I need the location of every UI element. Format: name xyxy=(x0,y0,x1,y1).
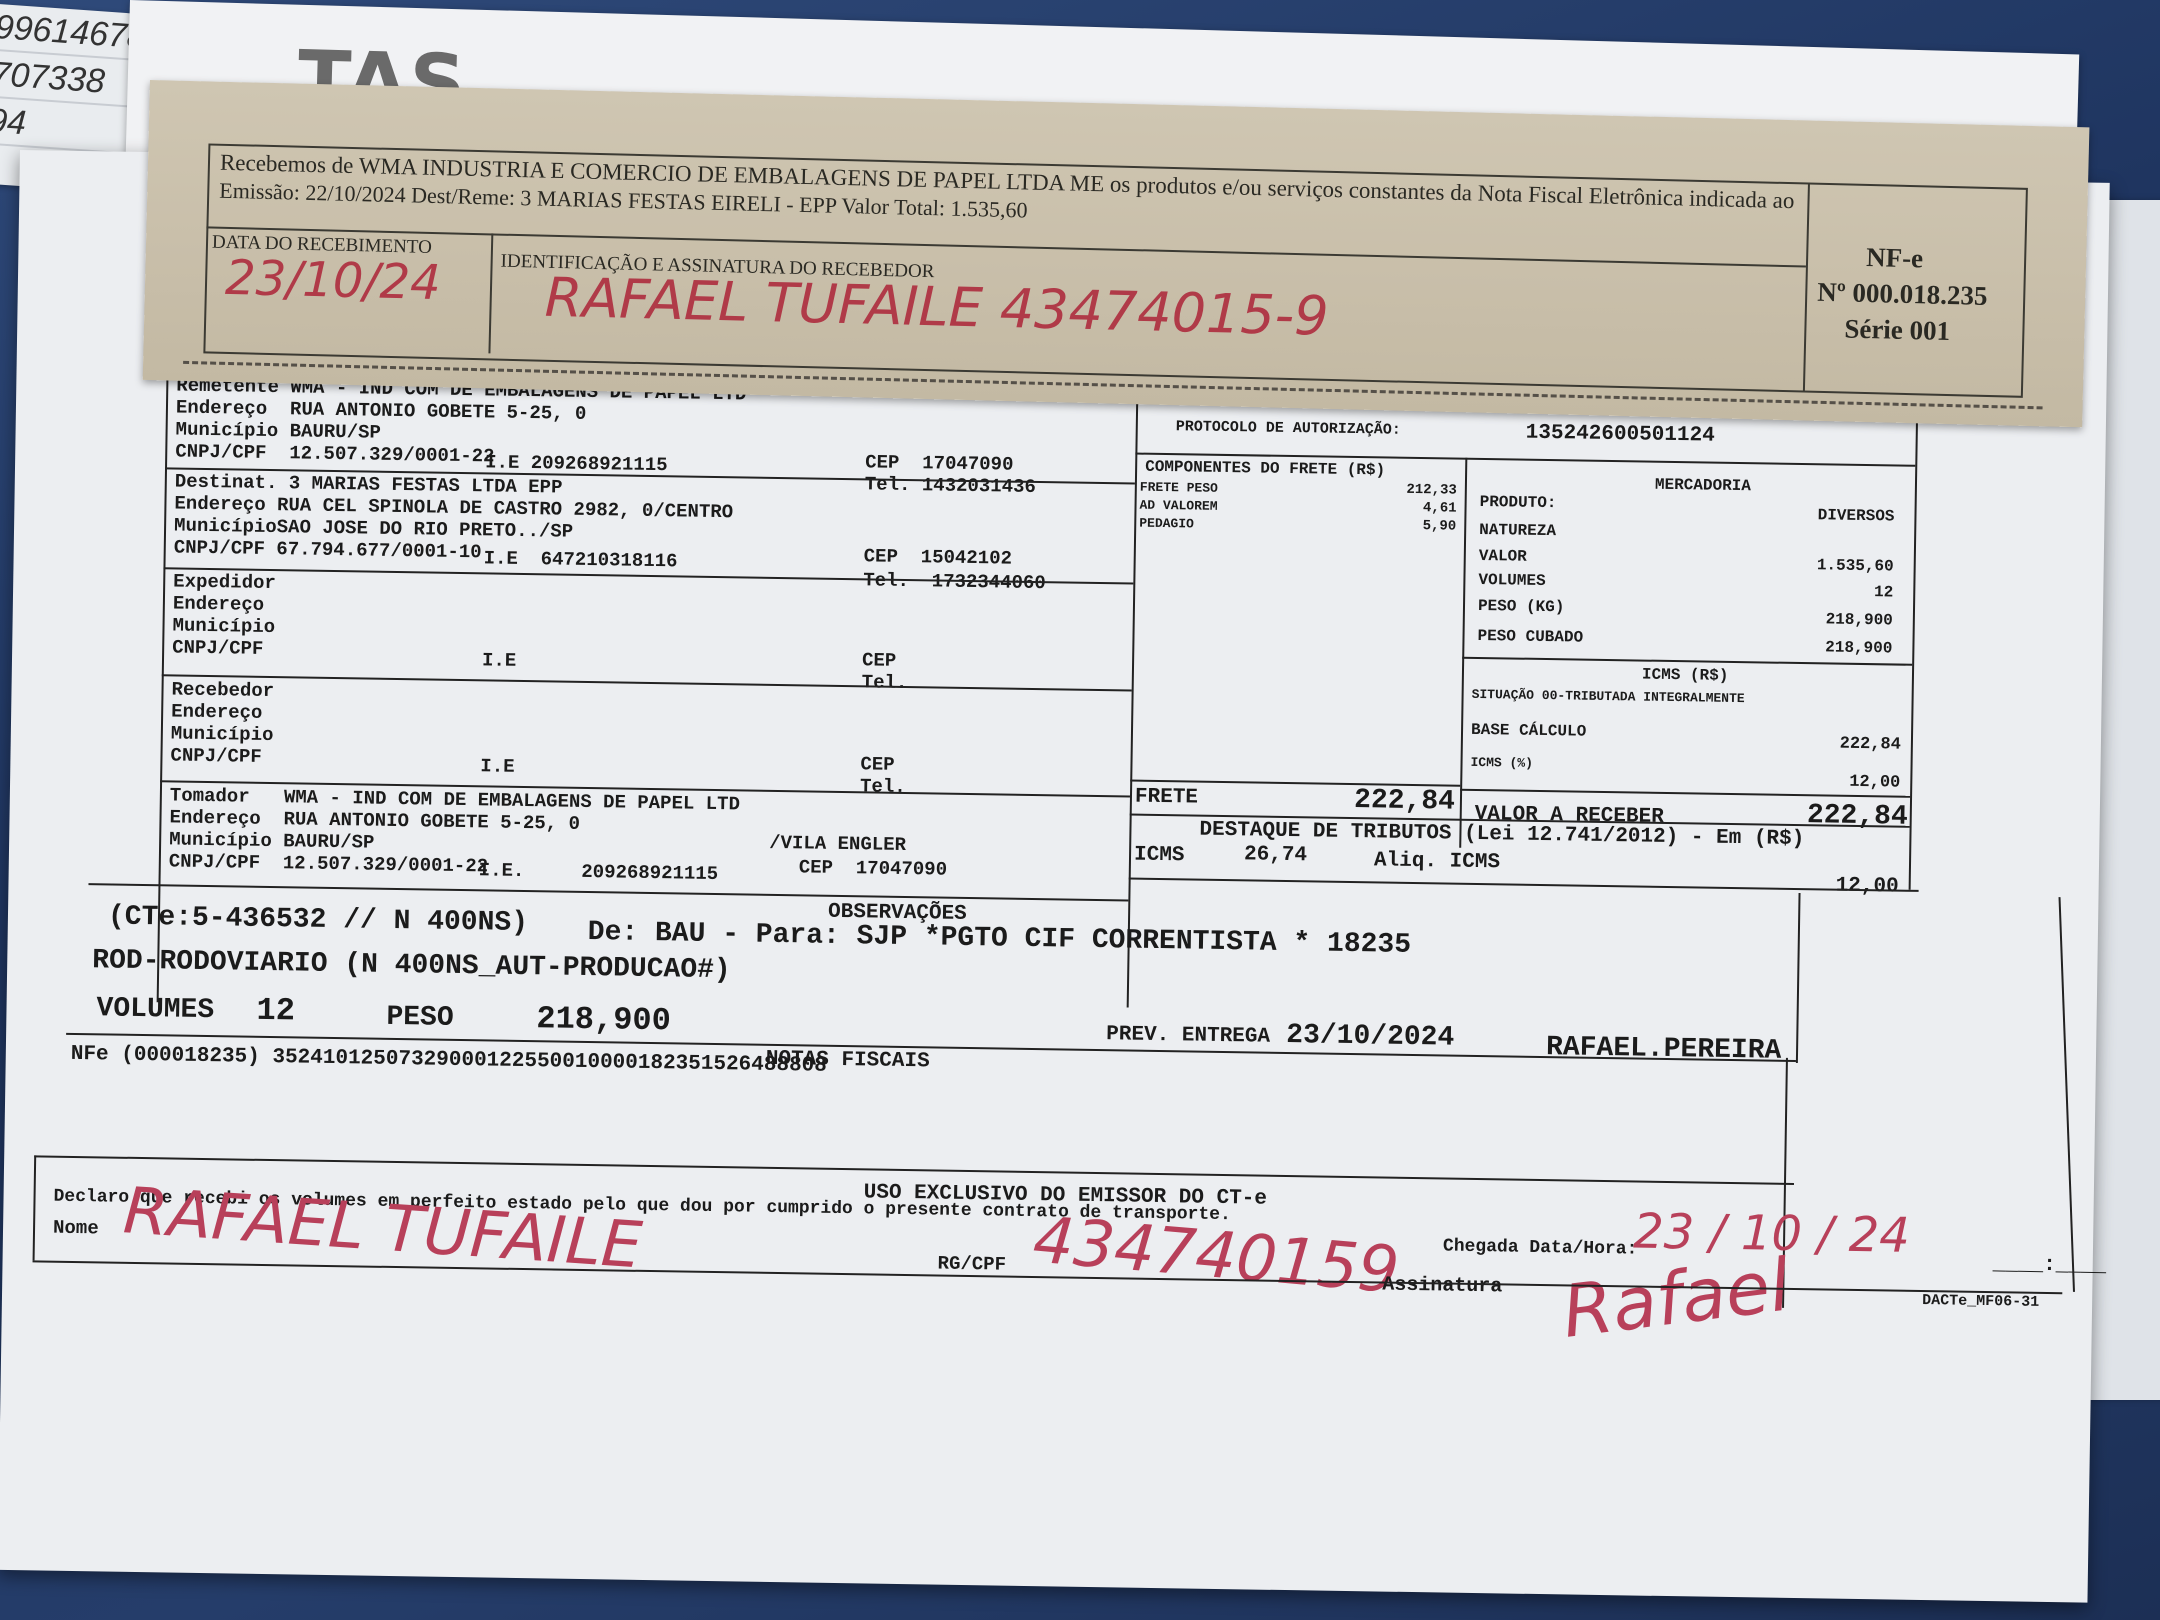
frete-peso-value: 212,33 xyxy=(1365,481,1457,498)
tomador-city: BAURU/SP xyxy=(283,830,375,853)
remetente-cep: 17047090 xyxy=(922,452,1014,475)
remetente-city: BAURU/SP xyxy=(289,420,381,443)
protocol-value: 135242600501124 xyxy=(1526,422,1715,448)
pedagio-value: 5,90 xyxy=(1364,517,1456,534)
nfe-number: Nº 000.018.235 xyxy=(1817,277,1988,312)
icms-rate-value: 12,00 xyxy=(1730,771,1900,793)
produto-value: DIVERSOS xyxy=(1734,505,1894,526)
destinatario-cnpj: 67.794.677/0001-10 xyxy=(276,538,482,563)
tax-aliq-value: 12,00 xyxy=(1728,873,1898,899)
nfe-access-key: NFe (000018235) 352410125073290001225500… xyxy=(71,1043,827,1078)
stub-date-handwritten: 23/10/24 xyxy=(225,250,442,311)
base-calculo-value: 222,84 xyxy=(1731,733,1901,755)
remetente-cnpj: 12.507.329/0001-22 xyxy=(289,442,495,467)
ad-valorem-value: 4,61 xyxy=(1364,499,1456,516)
tomador-district: /VILA ENGLER xyxy=(769,832,906,856)
operator-name: RAFAEL.PEREIRA xyxy=(1546,1032,1782,1067)
receiver-rg-handwritten: 434740159 xyxy=(1030,1203,1401,1308)
destinatario-cep: 15042102 xyxy=(921,546,1013,569)
obs-weight-value: 218,900 xyxy=(536,1000,671,1039)
destinatario-ie: 647210318116 xyxy=(540,548,677,572)
receiver-signature: Rafael xyxy=(1558,1242,1795,1354)
obs-cte-ref: (CTe:5-436532 // N 400NS) xyxy=(108,901,529,939)
peso-value: 218,900 xyxy=(1733,609,1893,630)
volumes-value: 12 xyxy=(1733,581,1893,602)
nfe-series: Série 001 xyxy=(1844,313,1950,347)
remetente-tel: 1432031436 xyxy=(922,474,1036,498)
protocol-label: PROTOCOLO DE AUTORIZAÇÃO: xyxy=(1176,418,1401,439)
obs-modal: ROD-RODOVIARIO (N 400NS_AUT-PRODUCAO#) xyxy=(92,945,731,986)
tomador-cnpj: 12.507.329/0001-22 xyxy=(283,852,489,877)
freight-components-title: COMPONENTES DO FRETE (R$) xyxy=(1145,458,1385,480)
frete-total-label: FRETE xyxy=(1135,786,1198,810)
icms-situation: SITUAÇÃO 00-TRIBUTADA INTEGRALMENTE xyxy=(1472,687,1745,706)
peso-cubado-value: 218,900 xyxy=(1732,637,1892,658)
form-code: DACTe_MF06-31 xyxy=(1922,1292,2039,1311)
nfe-receipt-stub: Recebemos de WMA INDUSTRIA E COMERCIO DE… xyxy=(143,80,2090,427)
arrival-time-blank: ____:____ xyxy=(1993,1253,2107,1278)
frete-total-value: 222,84 xyxy=(1280,784,1455,818)
tomador-cep: 17047090 xyxy=(856,857,948,880)
valor-value: 1.535,60 xyxy=(1734,555,1894,576)
nfe-title: NF-e xyxy=(1866,242,1924,274)
delivery-date: 23/10/2024 xyxy=(1286,1020,1454,1054)
obs-volumes-value: 12 xyxy=(256,992,295,1030)
tomador-ie: 209268921115 xyxy=(581,861,718,885)
tax-icms-value: 26,74 xyxy=(1244,843,1307,867)
